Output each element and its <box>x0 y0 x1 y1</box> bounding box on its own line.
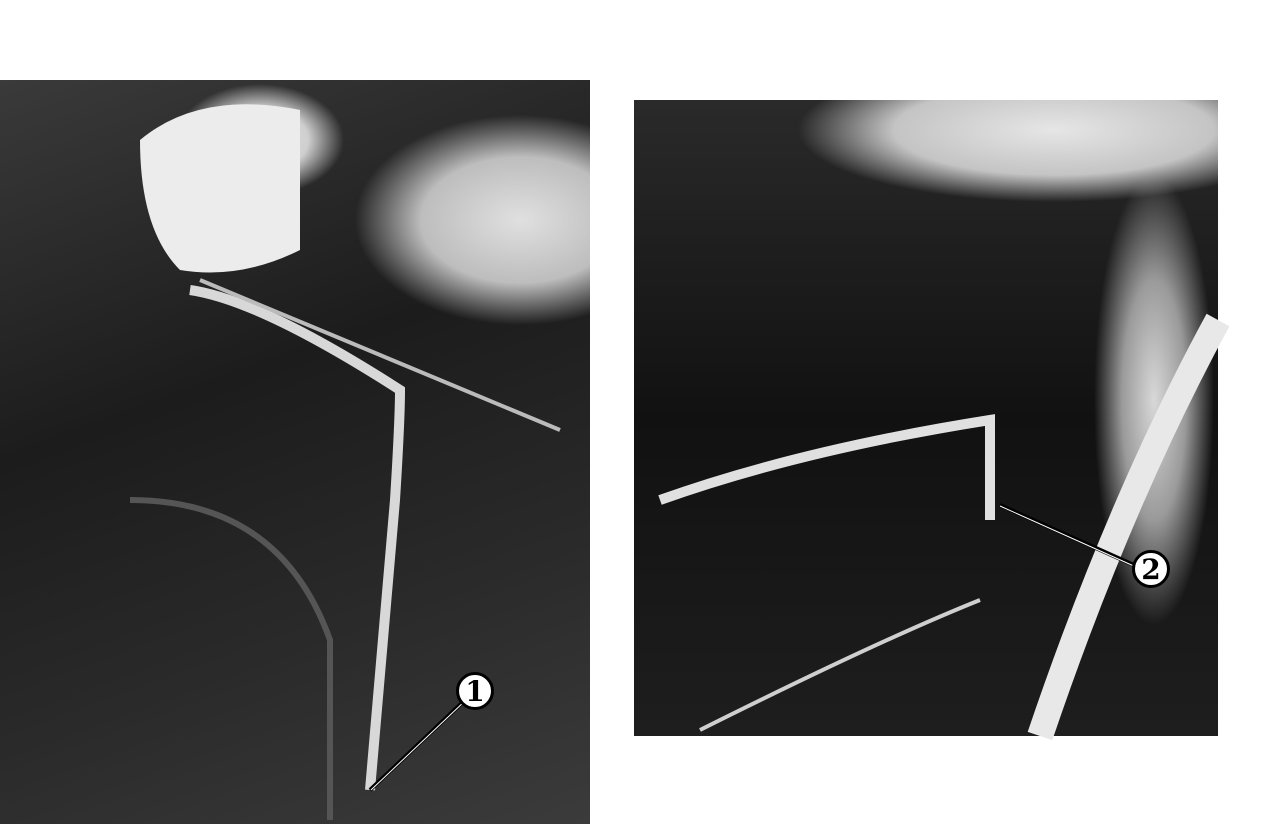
hand-shape <box>140 104 300 272</box>
hose-line-right <box>660 420 990 520</box>
leader-line-1 <box>370 700 465 790</box>
callout-1: 1 <box>456 672 494 710</box>
hose-line-left <box>190 290 400 790</box>
callout-1-label: 1 <box>465 675 484 708</box>
photo-details-overlay <box>0 0 1264 824</box>
callout-2-label: 2 <box>1141 553 1160 586</box>
callout-2: 2 <box>1132 550 1170 588</box>
